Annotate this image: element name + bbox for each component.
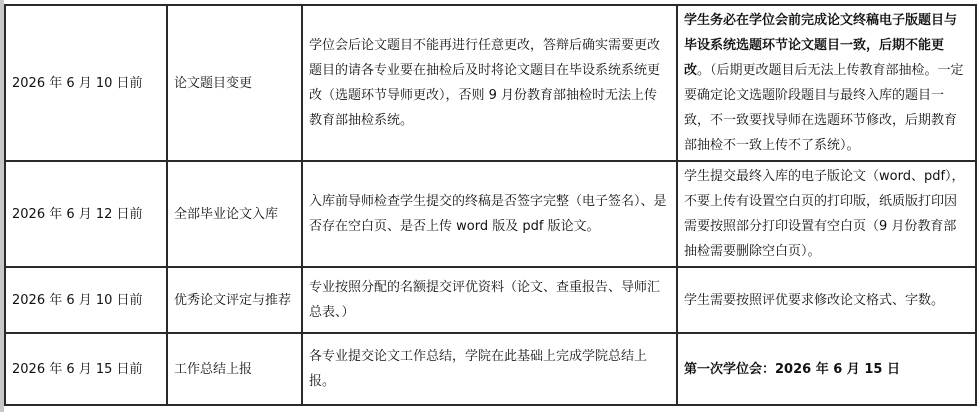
description-cell: 专业按照分配的名额提交评优资料（论文、查重报告、导师汇总表、） xyxy=(302,267,677,333)
deadline-cell: 2026 年 6 月 12 日前 xyxy=(5,161,167,267)
task-cell: 全部毕业论文入库 xyxy=(167,161,302,267)
table-row: 2026 年 6 月 12 日前 全部毕业论文入库 入库前导师检查学生提交的终稿… xyxy=(5,161,976,267)
task-cell: 工作总结上报 xyxy=(167,333,302,405)
table-row: 2026 年 6 月 10 日前 优秀论文评定与推荐 专业按照分配的名额提交评优… xyxy=(5,267,976,333)
task-cell: 优秀论文评定与推荐 xyxy=(167,267,302,333)
note-text: 。（后期更改题目后无法上传教育部抽检。一定要确定论文选题阶段题目与最终入库的题目… xyxy=(684,63,964,153)
deadline-cell: 2026 年 6 月 10 日前 xyxy=(5,5,167,161)
task-cell: 论文题目变更 xyxy=(167,5,302,161)
note-text: 学生提交最终入库的电子版论文（word、pdf），不要上传有设置空白页的打印版，… xyxy=(684,169,965,259)
note-cell: 学生需要按照评优要求修改论文格式、字数。 xyxy=(677,267,976,333)
note-cell: 第一次学位会：2026 年 6 月 15 日 xyxy=(677,333,976,405)
description-cell: 入库前导师检查学生提交的终稿是否签字完整（电子签名）、是否存在空白页、是否上传 … xyxy=(302,161,677,267)
thesis-schedule-table: 2026 年 6 月 10 日前 论文题目变更 学位会后论文题目不能再进行任意更… xyxy=(4,4,977,406)
deadline-cell: 2026 年 6 月 15 日前 xyxy=(5,333,167,405)
table-row: 2026 年 6 月 10 日前 论文题目变更 学位会后论文题目不能再进行任意更… xyxy=(5,5,976,161)
note-cell: 学生务必在学位会前完成论文终稿电子版题目与毕设系统选题环节论文题目一致，后期不能… xyxy=(677,5,976,161)
note-cell: 学生提交最终入库的电子版论文（word、pdf），不要上传有设置空白页的打印版，… xyxy=(677,161,976,267)
description-cell: 各专业提交论文工作总结，学院在此基础上完成学院总结上报。 xyxy=(302,333,677,405)
note-text: 学生需要按照评优要求修改论文格式、字数。 xyxy=(684,293,944,308)
deadline-cell: 2026 年 6 月 10 日前 xyxy=(5,267,167,333)
note-emphasis: 第一次学位会：2026 年 6 月 15 日 xyxy=(684,362,900,377)
description-cell: 学位会后论文题目不能再进行任意更改，答辩后确实需要更改题目的请各专业要在抽检后及… xyxy=(302,5,677,161)
table-row: 2026 年 6 月 15 日前 工作总结上报 各专业提交论文工作总结，学院在此… xyxy=(5,333,976,405)
